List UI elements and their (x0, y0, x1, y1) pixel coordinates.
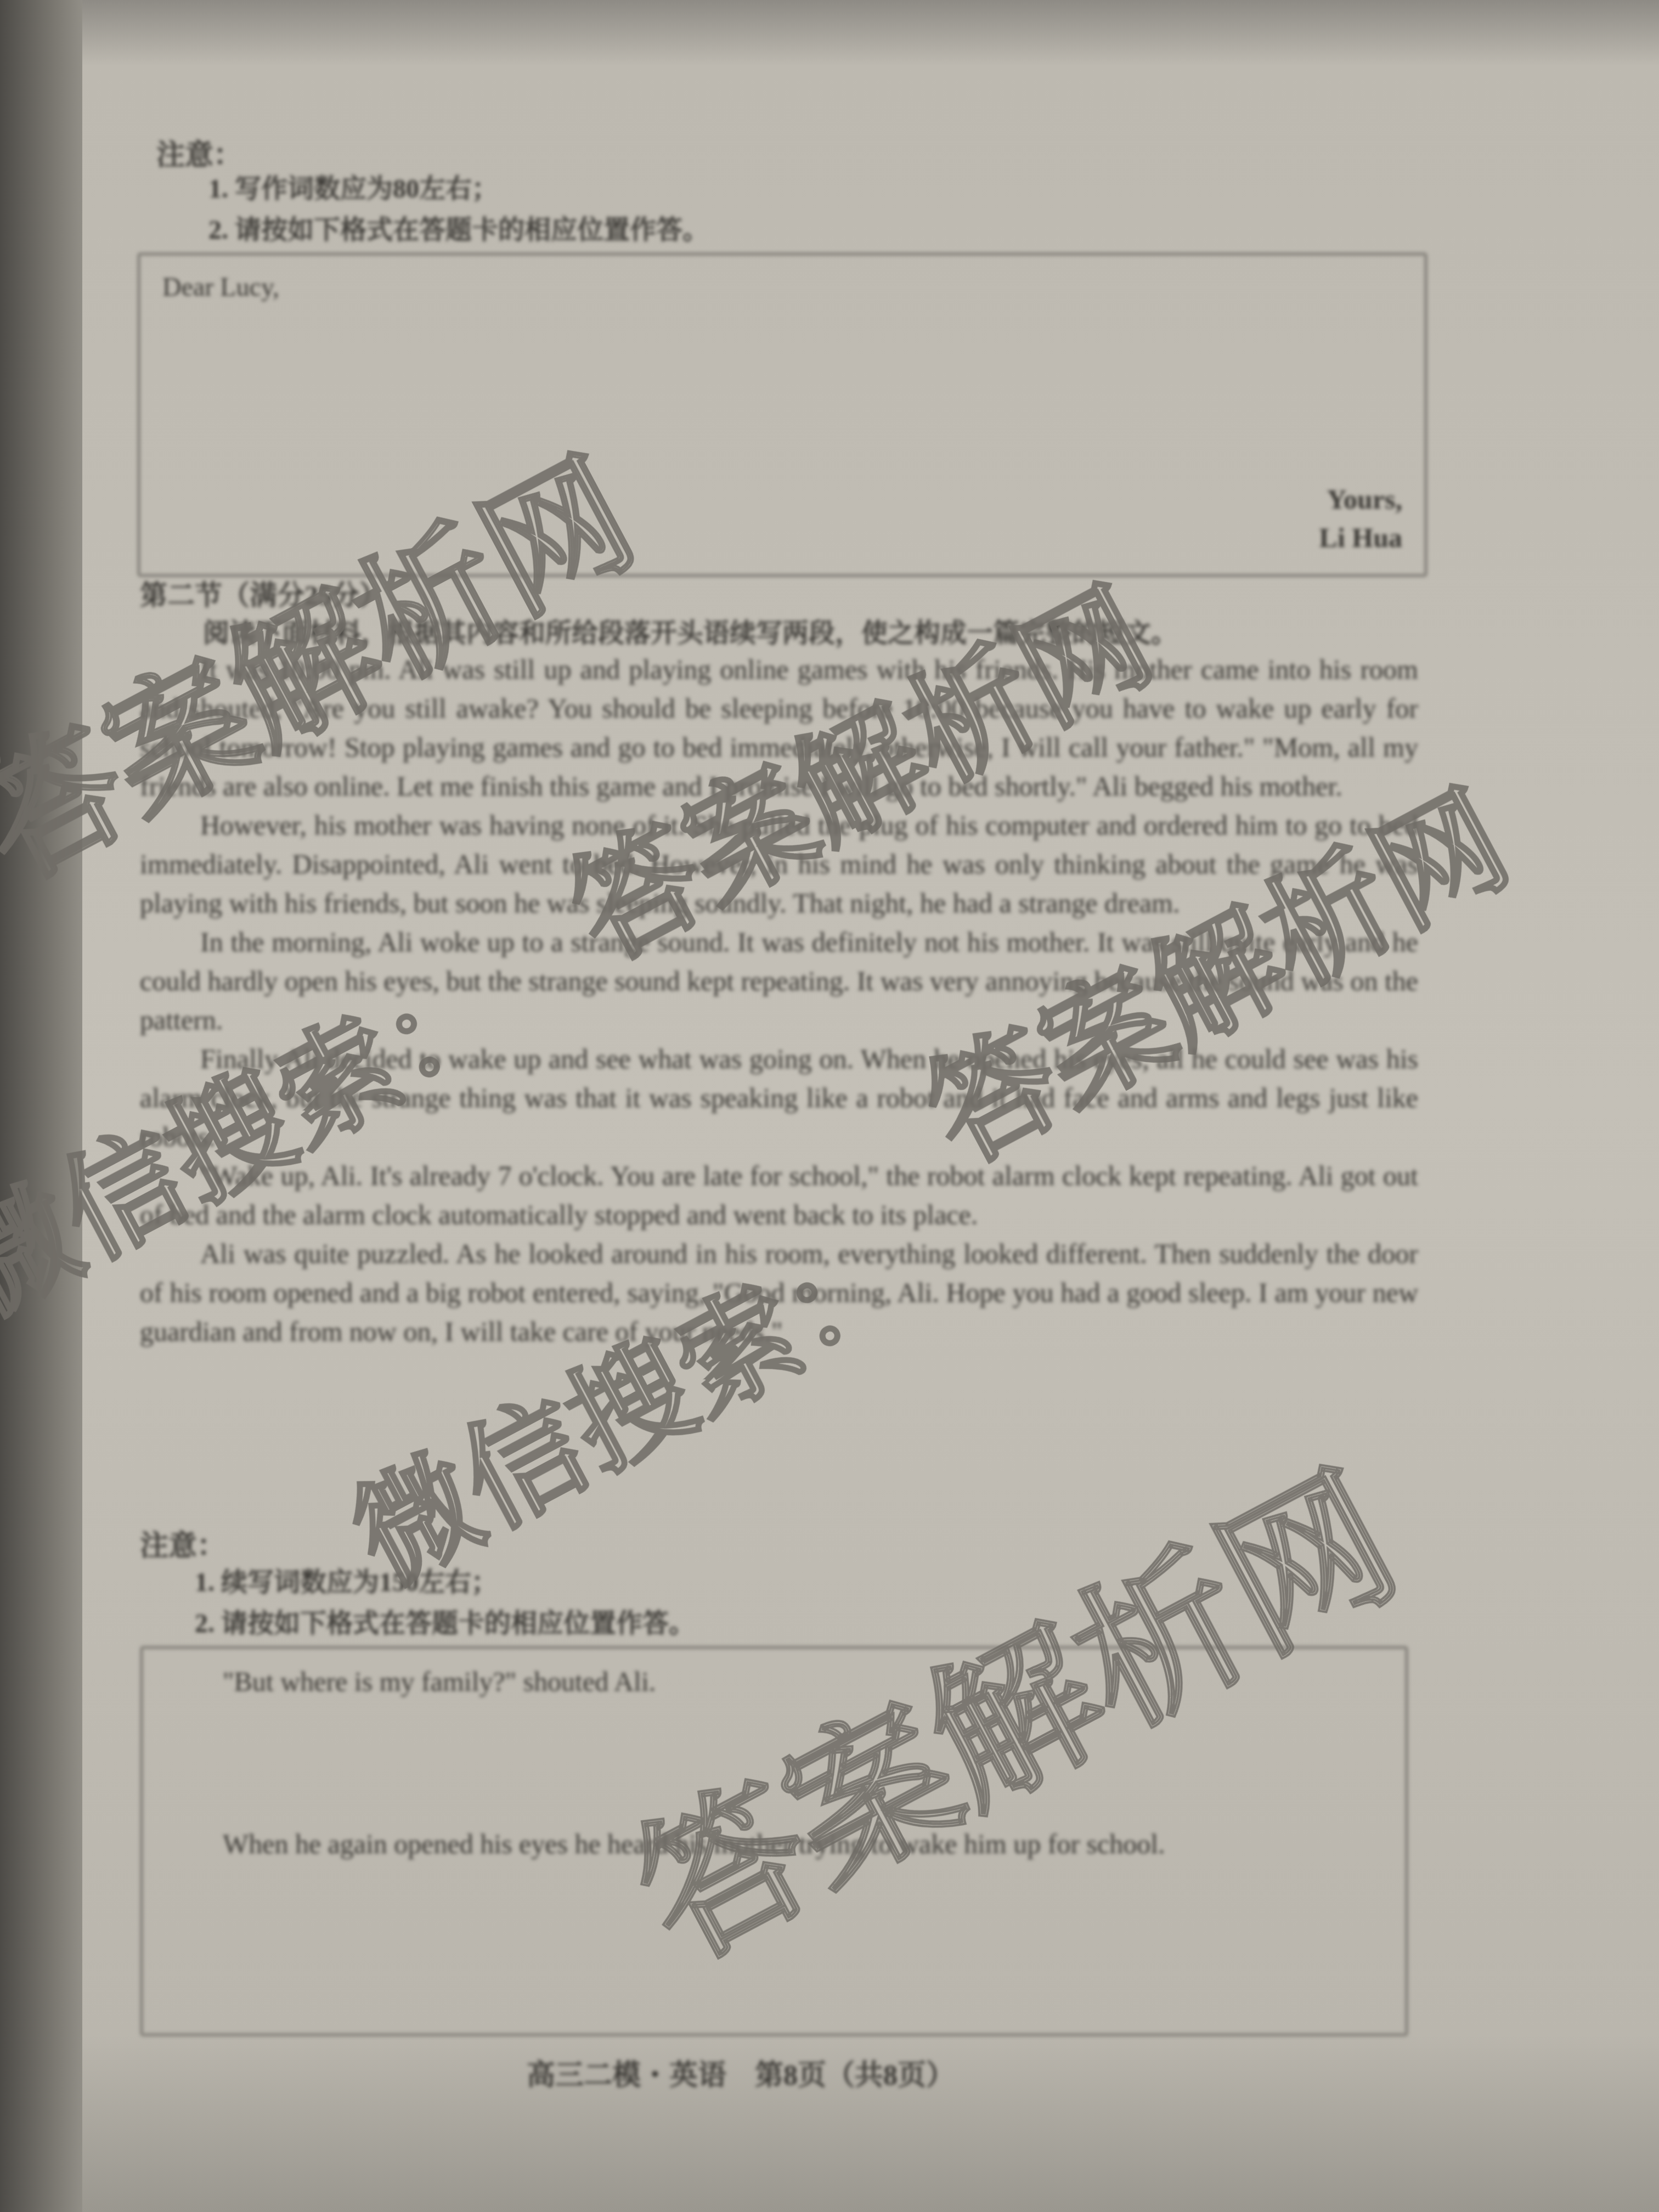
continuation-start-1: "But where is my family?" shouted Ali. (223, 1666, 656, 1697)
note-item: 2. 请按如下格式在答题卡的相应位置作答。 (195, 1602, 695, 1640)
letter-salutation: Dear Lucy, (162, 272, 279, 302)
note-label-2: 注意： (140, 1522, 225, 1564)
book-spine (0, 0, 93, 2212)
letter-signature: Li Hua (1319, 522, 1402, 554)
page-footer: 高三二模・英语 第8页（共8页） (527, 2052, 955, 2093)
note-item: 1. 写作词数应为80左右； (208, 167, 498, 205)
note-item: 2. 请按如下格式在答题卡的相应位置作答。 (208, 208, 709, 246)
note-label-1: 注意： (156, 132, 242, 173)
letter-closing: Yours, (1327, 483, 1402, 515)
